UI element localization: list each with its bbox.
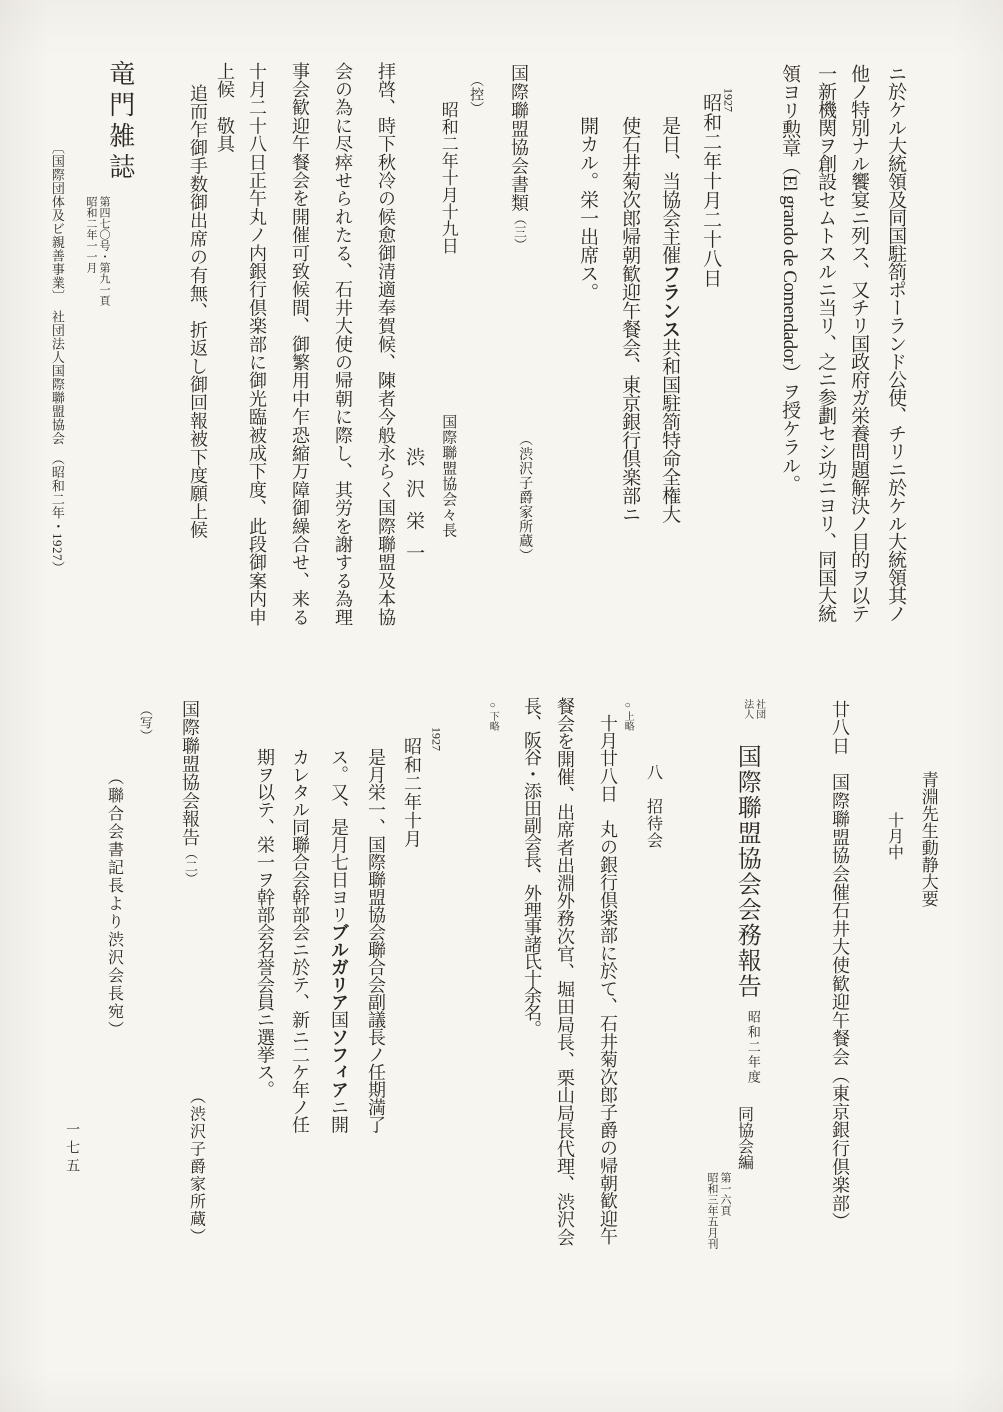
- diary-line-3: 開カル。栄一出席ス。: [576, 116, 599, 301]
- section-heading: 八 招待会: [643, 764, 663, 849]
- statement-line-1: ニ於ケル大統領及同国駐箚ポーランド公使、チリニ於ケル大統領其ノ: [884, 64, 907, 622]
- letter-heading: 国際聯盟協会書類（三）: [507, 64, 529, 251]
- letter-body-1: 拝啓、時下秋冷の候愈御清適奉賀候、陳者今般永らく国際聯盟及本協: [374, 62, 396, 626]
- letter-sender-name: 渋沢栄一: [402, 447, 425, 575]
- kaimu-org-prefix: 社団 法人: [741, 699, 765, 719]
- diary-line-2: 使石井菊次郎帰朝歓迎午餐会、東京銀行倶楽部ニ: [618, 116, 641, 523]
- letter-body-3: 事会歓迎午餐会を開催可致候間、御繁用中乍恐縮万障御繰合せ、来る: [288, 62, 310, 626]
- seien-entry: 廿八日 国際聯盟協会催石井大使歓迎午餐会（東京銀行倶楽部）: [828, 700, 850, 1231]
- diary2-year: 1927: [429, 727, 444, 751]
- letter-body-2: 会の為に尽瘁せられたる、石井大使の帰朝に際し、其労を謝する為理: [331, 62, 353, 626]
- letter-date: 昭和二年十月十九日: [437, 101, 458, 254]
- letter-body-5: 上候 敬具: [213, 62, 235, 153]
- magazine-issue-date: 昭和二年一一月: [84, 196, 97, 306]
- diary2-line-2-mid: 国: [329, 1011, 349, 1029]
- page-number: 一七五: [63, 1122, 80, 1176]
- report-source: （渋沢子爵家所蔵）: [186, 1088, 206, 1246]
- kaimu-fiscal-year: 昭和二年度: [745, 1010, 761, 1085]
- statement-line-3: 一新機関ヲ創設セムトスルニ当リ、之ニ参劃セシ功ニヨリ、同国大統: [814, 64, 837, 622]
- magazine-issue-info: 第四七〇号・第九一頁 昭和二年一一月: [84, 196, 110, 306]
- diary2-date: 昭和二年十月: [400, 737, 422, 848]
- diary-line-1-bold: フランス: [659, 264, 680, 338]
- diary2-line-2-pre: ス。又、是月七日ヨリ: [329, 748, 349, 923]
- diary2-line-1: 是月栄一、国際聯盟協会聯合会副議長ノ任期満了: [364, 748, 386, 1133]
- diary-line-1-pre: 是日、当協会主催: [659, 116, 680, 264]
- letter-sender-title: 国際聯盟協会々長: [439, 414, 457, 538]
- diary2-line-2-bold2: ソフィア: [329, 1028, 349, 1098]
- diary2-line-3: カレタル同聯合会幹部会ニ於テ、新ニ二ケ年ノ任: [288, 748, 310, 1133]
- diary2-line-2-bold1: ブルガリア: [329, 923, 349, 1011]
- document-page: ニ於ケル大統領及同国駐箚ポーランド公使、チリニ於ケル大統領其ノ 他ノ特別ナル饗宴…: [0, 0, 1003, 1412]
- kaimu-body-3: 長、阪谷・添田副会長、外理事諸氏十余名。: [520, 697, 542, 1037]
- kaimu-org-prefix-right: 社団: [753, 699, 765, 719]
- diary2-line-2: ス。又、是月七日ヨリブルガリア国ソフィアニ開: [327, 748, 349, 1133]
- magazine-issue: 第四七〇号・第九一頁: [97, 196, 110, 306]
- magazine-title: 竜門雑誌: [104, 60, 136, 184]
- kaimu-pub-date: 昭和三年五月刊: [705, 1172, 718, 1249]
- letter-heading-number: （三）: [512, 212, 527, 251]
- diary2-line-2-post: ニ開: [329, 1098, 349, 1133]
- abbr-bottom: ○下略: [486, 700, 498, 731]
- report-heading-number: （二）: [183, 846, 198, 885]
- report-heading-text: 国際聯盟協会報告: [180, 700, 200, 846]
- seien-title: 青淵先生動静大要: [917, 771, 938, 907]
- kaimu-org-prefix-left: 法人: [741, 699, 753, 719]
- kaimu-body-1: 十月廿八日 丸の銀行倶楽部に於て、石井菊次郎子爵の帰朝歓迎午: [596, 714, 618, 1245]
- kaimu-page-info: 第一六頁 昭和三年五月刊: [705, 1172, 731, 1249]
- abbr-top: ○上略: [621, 700, 633, 731]
- kaimu-editor: 同協会編: [734, 1106, 754, 1170]
- letter-heading-text: 国際聯盟協会書類: [509, 64, 529, 212]
- magazine-category: 〔国際団体及ビ親善事業〕 社団法人国際聯盟協会 （昭和二年・1927）: [49, 141, 65, 575]
- diary-line-1-post: 共和国駐箚特命全権大: [659, 338, 680, 523]
- kaimu-page-ref: 第一六頁: [718, 1172, 731, 1249]
- statement-line-2: 他ノ特別ナル饗宴ニ列ス、又チリ国政府ガ栄養問題解決ノ目的ヲ以テ: [847, 64, 870, 622]
- letter-copy-mark: （控）: [467, 73, 484, 115]
- diary-line-1: 是日、当協会主催フランス共和国駐箚特命全権大: [658, 116, 681, 523]
- diary-date: 昭和二年十月二十八日: [699, 93, 722, 288]
- kaimu-body-2: 餐会を開催、出席者出淵外務次官、堀田局長、栗山局長代理、渋沢会: [553, 697, 575, 1246]
- report-addressee: （聯合会書記長より渋沢会長宛）: [104, 769, 124, 1039]
- kaimu-title: 国際聯盟協会会務報告: [731, 744, 760, 999]
- report-heading: 国際聯盟協会報告（二）: [178, 700, 200, 885]
- diary-year: 1927: [721, 88, 736, 112]
- letter-body-6: 追而乍御手数御出席の有無、折返し御回報被下度願上候: [186, 84, 208, 539]
- diary2-line-4: 期ヲ以テ、栄一ヲ幹部会名誉会員ニ選挙ス。: [253, 748, 275, 1098]
- letter-source: （渋沢子爵家所蔵）: [516, 432, 533, 563]
- statement-line-4: 領ヨリ勲章（El grando de Comendador）ヲ授ケラル。: [778, 64, 801, 493]
- seien-month: 十月中: [884, 812, 904, 860]
- report-copy-mark: （写）: [137, 703, 153, 742]
- letter-body-4: 十月二十八日正午丸ノ内銀行倶楽部に御光臨被成下度、此段御案内申: [245, 62, 267, 626]
